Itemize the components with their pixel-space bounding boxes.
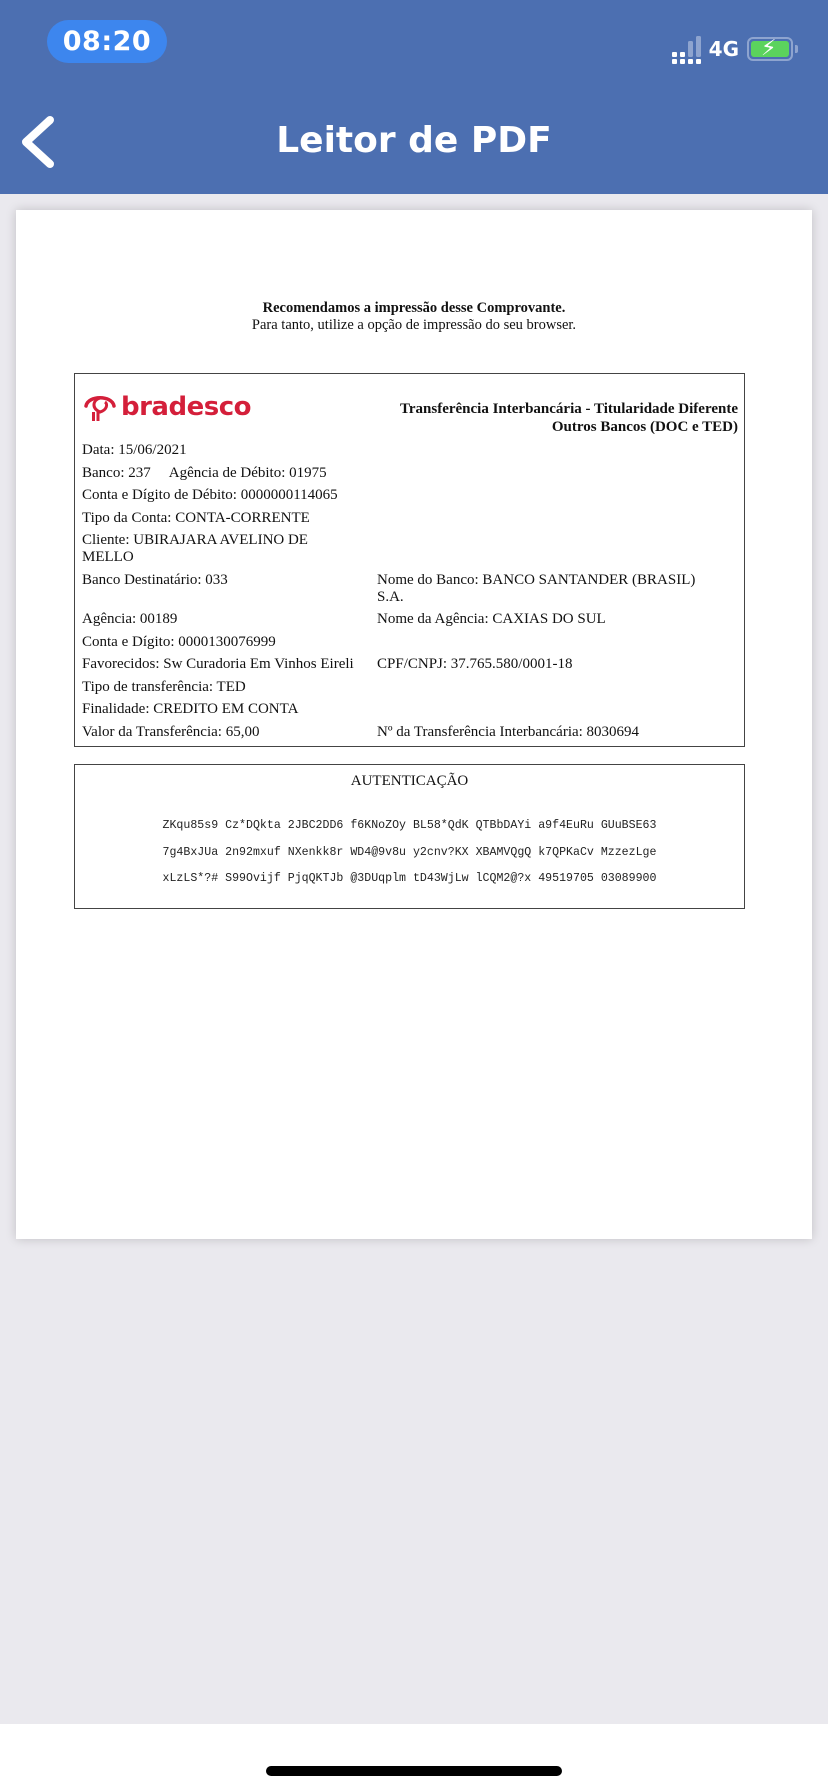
document-title: Transferência Interbancária - Titularida… [400, 400, 738, 436]
field-cliente: Cliente: UBIRAJARA AVELINO DEMELLO [82, 532, 377, 566]
status-time: 08:20 [47, 20, 167, 63]
pdf-page[interactable]: Recomendamos a impressão desse Comprovan… [16, 210, 812, 1239]
field-favorecidos: Favorecidos: Sw Curadoria Em Vinhos Eire… [82, 656, 377, 673]
cellular-signal-icon [672, 36, 701, 62]
bradesco-tree-icon [83, 390, 117, 424]
battery-tip [795, 45, 798, 53]
authentication-title: AUTENTICAÇÃO [75, 773, 744, 790]
auth-line: xLzLS*?# S99Ovijf PjqQKTJb @3DUqplm tD43… [75, 872, 744, 886]
home-indicator[interactable] [266, 1766, 562, 1776]
page-title: Leitor de PDF [0, 120, 828, 161]
authentication-box: AUTENTICAÇÃO ZKqu85s9 Cz*DQkta 2JBC2DD6 … [74, 764, 745, 909]
network-type: 4G [709, 37, 739, 61]
field-numero-transferencia: Nº da Transferência Interbancária: 80306… [377, 724, 737, 741]
field-rows: Data: 15/06/2021 Banco: 237Agência de Dé… [82, 442, 737, 746]
field-conta-debito: Conta e Dígito de Débito: 0000000114065 [82, 487, 338, 504]
field-agencia: Agência: 00189 [82, 611, 377, 628]
field-tipo-transferencia: Tipo de transferência: TED [82, 679, 377, 696]
field-nome-banco: Nome do Banco: BANCO SANTANDER (BRASIL)S… [377, 572, 737, 606]
bottom-safe-area [0, 1724, 828, 1792]
field-nome-agencia: Nome da Agência: CAXIAS DO SUL [377, 611, 737, 628]
field-data: Data: 15/06/2021 [82, 442, 377, 459]
field-agencia-debito: Agência de Débito: 01975 [169, 465, 327, 482]
notice-text: Para tanto, utilize a opção de impressão… [16, 317, 812, 334]
auth-line: ZKqu85s9 Cz*DQkta 2JBC2DD6 f6KNoZOy BL58… [75, 819, 744, 833]
status-indicators: 4G ⚡ [672, 32, 798, 66]
document-title-line1: Transferência Interbancária - Titularida… [400, 400, 738, 418]
app-header: 08:20 4G ⚡ Leitor de PDF [0, 0, 828, 194]
document-title-line2: Outros Bancos (DOC e TED) [400, 418, 738, 436]
logo-text: bradesco [121, 392, 251, 422]
field-cpf-cnpj: CPF/CNPJ: 37.765.580/0001-18 [377, 656, 737, 673]
field-conta-digito: Conta e Dígito: 0000130076999 [82, 634, 377, 651]
field-finalidade: Finalidade: CREDITO EM CONTA [82, 701, 377, 718]
print-notice: Recomendamos a impressão desse Comprovan… [16, 300, 812, 334]
auth-line: 7g4BxJUa 2n92mxuf NXenkk8r WD4@9v8u y2cn… [75, 846, 744, 860]
transfer-details-box: bradesco Transferência Interbancária - T… [74, 373, 745, 747]
battery-charging-icon: ⚡ [747, 37, 793, 61]
notice-bold: Recomendamos a impressão desse Comprovan… [16, 300, 812, 317]
bradesco-logo: bradesco [83, 390, 251, 424]
field-banco-destinatario: Banco Destinatário: 033 [82, 572, 377, 606]
field-banco: Banco: 237 [82, 465, 151, 482]
field-tipo-conta: Tipo da Conta: CONTA-CORRENTE [82, 510, 310, 527]
authentication-code: ZKqu85s9 Cz*DQkta 2JBC2DD6 f6KNoZOy BL58… [75, 819, 744, 899]
field-valor: Valor da Transferência: 65,00 [82, 724, 377, 741]
